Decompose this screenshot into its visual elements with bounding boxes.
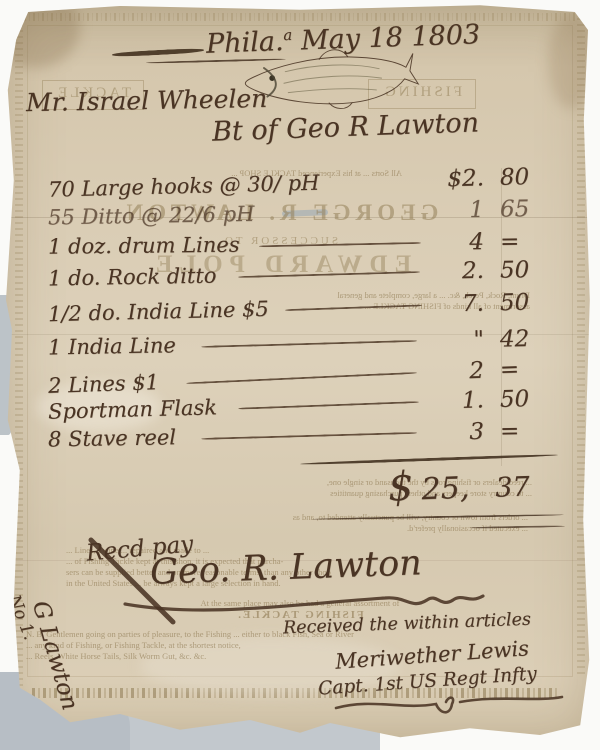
total-cents: 37	[495, 472, 530, 504]
ruled-dash	[176, 440, 430, 444]
item-description: 1/2 do. India Line $5	[48, 297, 269, 326]
item-dollars: 7.	[430, 291, 485, 318]
total-dollars: 25,	[421, 471, 470, 508]
item-cents: =	[484, 418, 560, 445]
receipt-paper: TACKLE FISHING All Sorts ... at his Expe…	[0, 0, 600, 750]
printed-border-right	[577, 14, 585, 674]
ruled-dash	[255, 218, 431, 221]
item-description: Sportman Flask	[48, 395, 217, 423]
item-cents: =	[483, 355, 560, 384]
item-cents: 65	[484, 196, 560, 223]
addressee: Mr. Israel Wheelen	[26, 84, 268, 117]
dateline-superscript: a	[283, 26, 292, 44]
item-cents: 50	[484, 257, 560, 284]
line-item: 1 doz. drum Lines4=	[48, 228, 560, 259]
edge-stain	[548, 14, 594, 109]
ruled-dash	[217, 279, 431, 283]
item-description: 55 Ditto @ 22/6 pH	[48, 202, 255, 230]
ruled-dash	[269, 312, 430, 316]
item-description: 2 Lines $1	[48, 370, 160, 398]
item-dollars: 1	[430, 197, 484, 224]
item-cents: 42	[484, 326, 560, 353]
item-description: 1 do. Rock ditto	[48, 264, 217, 291]
scanned-receipt: TACKLE FISHING All Sorts ... at his Expe…	[0, 0, 600, 750]
total-amount: $25,37	[387, 460, 530, 511]
item-cents: =	[484, 228, 560, 255]
item-cents: 80	[484, 163, 561, 191]
item-dollars: 1.	[430, 387, 485, 414]
item-description: 1 India Line	[48, 333, 176, 359]
title-flourish	[332, 692, 567, 720]
item-dollars: 3	[430, 419, 484, 446]
item-dollars: 2	[429, 358, 484, 386]
item-dollars: 4	[430, 229, 484, 256]
ruled-dash	[320, 187, 431, 190]
item-dollars: 2.	[430, 258, 484, 285]
total-sign: $	[387, 464, 414, 511]
printed-border-left	[15, 14, 23, 686]
ruled-dash	[176, 348, 430, 352]
printed-border-top	[24, 13, 576, 21]
dateline-date: May 18 1803	[300, 19, 480, 56]
item-dollars: $2.	[430, 165, 485, 192]
item-cents: 50	[484, 289, 561, 317]
item-description: 1 doz. drum Lines	[48, 233, 240, 259]
item-description: 8 Stave reel	[48, 425, 176, 451]
item-cents: 50	[484, 385, 561, 413]
ruled-dash	[217, 409, 430, 415]
dateline-place: Phila.	[206, 26, 285, 60]
ruled-dash	[240, 250, 430, 252]
item-dollars: "	[430, 327, 484, 354]
